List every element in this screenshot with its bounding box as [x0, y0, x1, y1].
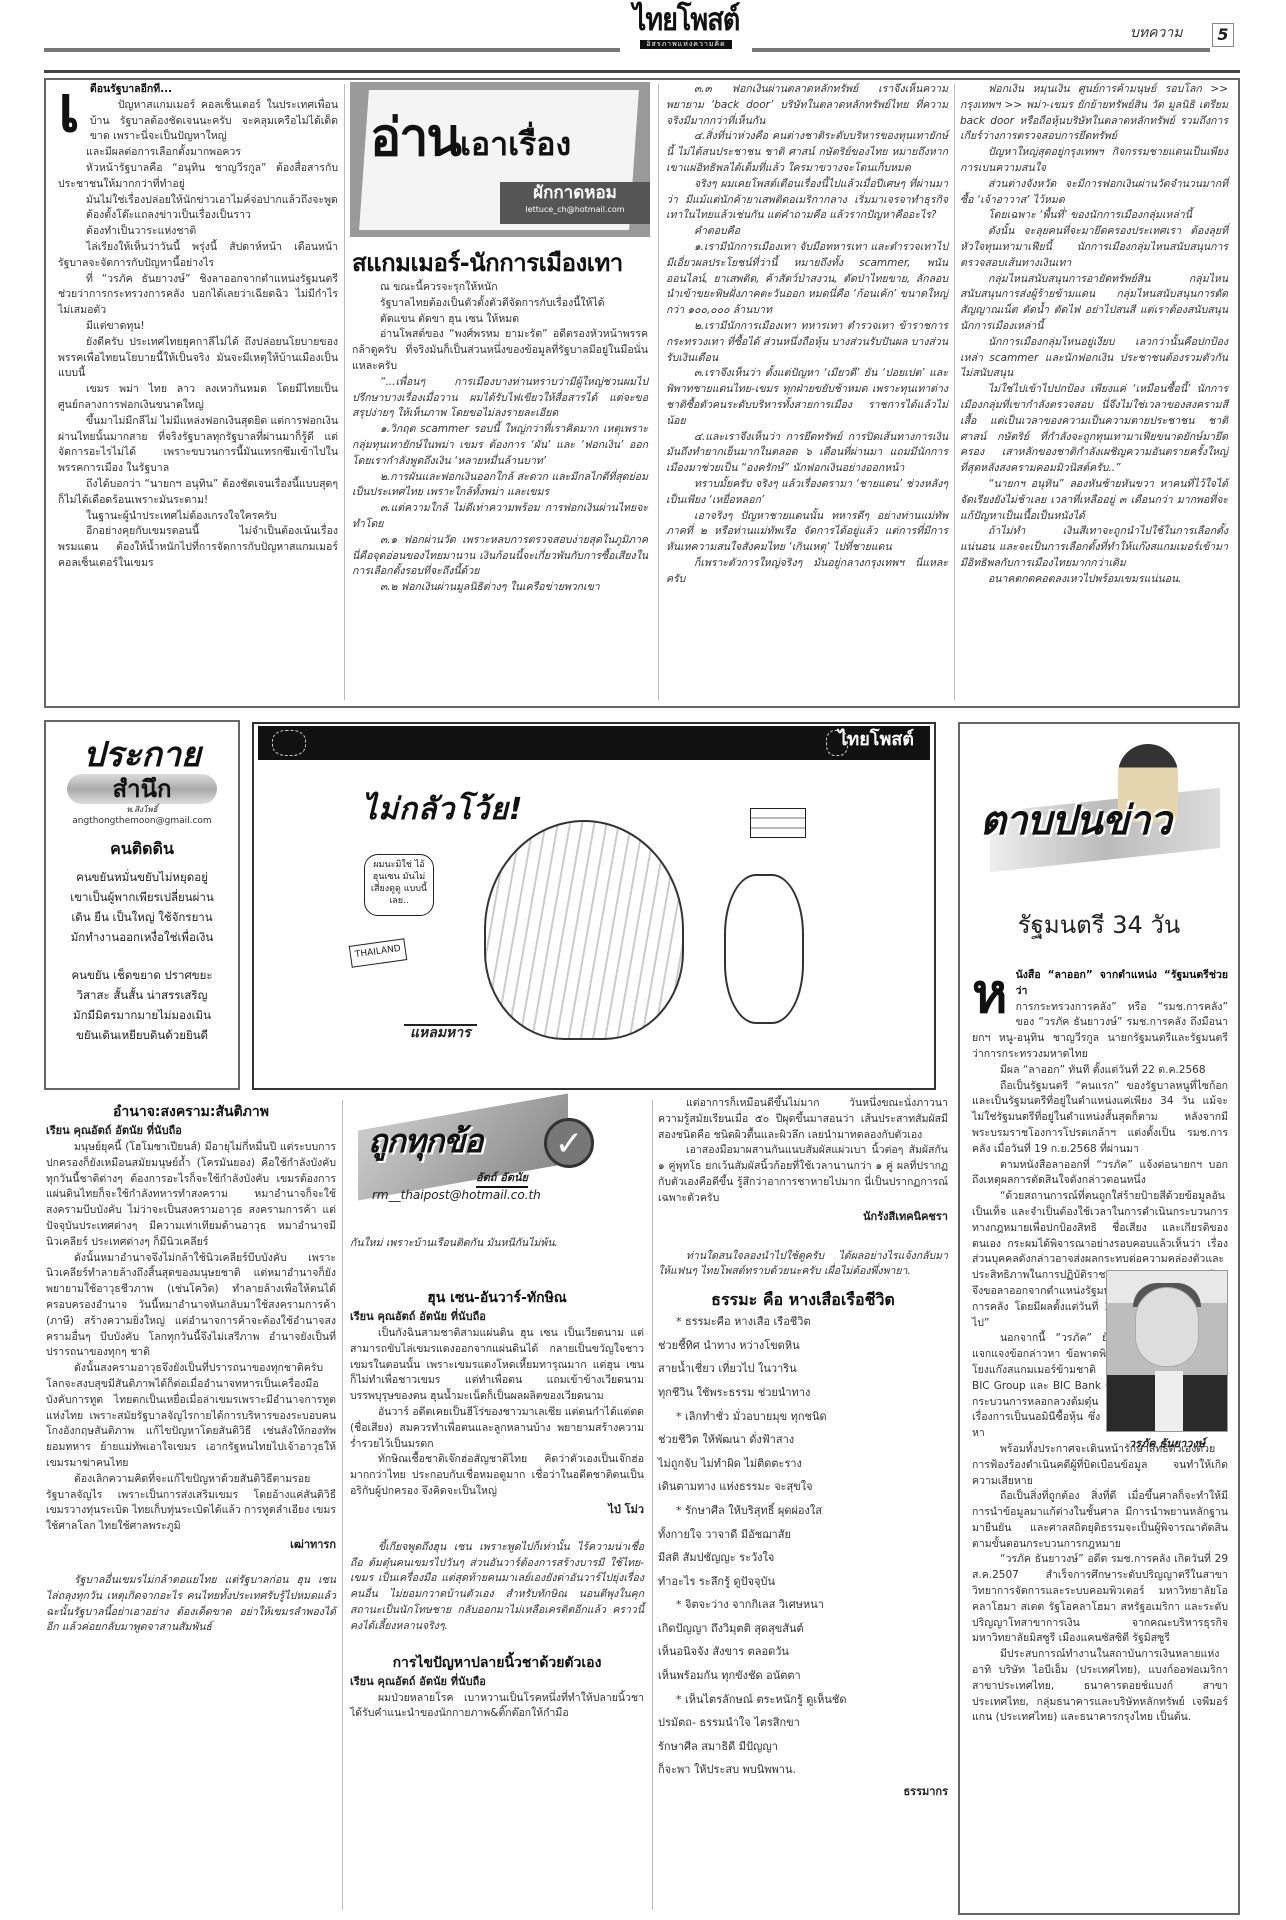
paragraph: จริงๆ ผมเคยโพสต์เตือนเรื่องนี้ไปแล้วเมื่…	[666, 177, 948, 224]
tanpon-lead: นังสือ “ลาออก” จากตำแหน่ง “รัฐมนตรีช่วยว…	[972, 968, 1228, 1000]
column-banner: อ่านเอาเรื่อง ผักกาดหอม lettuce_ch@hotma…	[350, 82, 650, 237]
poem-line: เห็นพร้อมกัน ทุกขังชัด อนัตตา	[658, 1664, 948, 1688]
header-rule-right	[752, 48, 1210, 52]
paragraph: ๔.และเราจึงเห็นว่า การยึดทรัพย์ การปิดเส…	[666, 430, 948, 477]
letter-column-2: ฮุน เซน-อันวาร์-ทักษิณ เรียน คุณอัตถ์ อั…	[350, 1288, 644, 1722]
column-divider	[954, 84, 955, 700]
cambodia-flag-icon	[750, 808, 806, 838]
paragraph: ที่ “วรภัค ธันยาวงษ์” ชิงลาออกจากตำแหน่ง…	[58, 272, 338, 319]
tanpon-logo: ตาบปนข่าว	[980, 814, 1171, 830]
letters-logo-word: ถูกทุกข้อ	[368, 1134, 482, 1150]
paragraph: หัวหน้ารัฐบาลคือ “อนุทิน ชาญวีรกูล” ต้อง…	[58, 161, 338, 193]
paragraph: ๒.เรามีนักการเมืองเทา ทหารเทา ตำรวจเทา ข…	[666, 319, 948, 366]
header-rule-bottom	[44, 70, 1240, 73]
paragraph: ยังดีครับ ประเทศไทยยุคกาลีไม่ได้ ถึงปล่อ…	[58, 335, 338, 382]
speech-bubble: ผมนะมิใช่ ไอ้ฮุนเซน มันไม่เสี่ยงดูดู แบบ…	[364, 854, 434, 916]
paragraph: ต้องเลิกความคิดที่จะแก้ไขปัญหาด้วยสันติว…	[46, 1472, 336, 1535]
checkmark-icon: ✓	[544, 1118, 594, 1168]
paragraph: ผมป่วยหลายโรค เบาหวานเป็นโรคหนึ่งที่ทำให…	[350, 1691, 644, 1723]
paragraph: ๑.วิกฤต scammer รอบนี้ ใหญ่กว่าที่เราคิด…	[352, 422, 648, 469]
editorial-cartoon: ไทยโพสต์ ไม่กลัวโว้ย! ผมนะมิใช่ ไอ้ฮุนเซ…	[252, 722, 936, 1090]
paragraph: ๓.๒ ฟอกเงินผ่านมูลนิธิต่างๆ ในเครือข่ายพ…	[352, 580, 648, 596]
paragraph: ๒.การผันและฟอกเงินออกใกล้ สะดวก และมีกลไ…	[352, 470, 648, 502]
masthead-title: ไทยโพสต์	[620, 4, 752, 39]
page-number: 5	[1212, 23, 1234, 47]
letters-logo-sub: อัตถ์ อัตนัย	[476, 1170, 528, 1188]
poem-line: * เห็นไตรลักษณ์ ตระหนักรู้ ดูเห็นชัด	[658, 1688, 948, 1712]
cartoon-header-bar: ไทยโพสต์	[258, 726, 930, 760]
dropcap: เ	[58, 84, 80, 136]
cartoon-title: ไม่กลัวโว้ย!	[362, 802, 523, 818]
author-tag: ผักกาดหอม lettuce_ch@hotmail.com	[500, 182, 650, 224]
paragraph: มันไม่ใช่เรื่องปล่อยให้นักข่าวเอาไมค์จ่อ…	[58, 193, 338, 209]
paragraph: ๓.แต่ความใกล้ ไม่ดีเท่าความพร้อม การฟอกเ…	[352, 501, 648, 533]
poem-line: เกิดปัญญา ถึงวิมุตติ สุดสุขสันต์	[658, 1617, 948, 1641]
paragraph: ๓.๓ ฟอกเงินผ่านตลาดหลักทรัพย์ เราจึงเห็น…	[666, 82, 948, 129]
paragraph: อนาคตกดคอตลงเหวไปพร้อมเขมรแน่นอน.	[960, 572, 1228, 588]
paragraph: และมีผลต่อการเลือกตั้งมากพอควร	[58, 145, 338, 161]
author-email: lettuce_ch@hotmail.com	[500, 204, 650, 216]
section-label: บทความ	[1130, 26, 1182, 42]
banner-title: อ่านเอาเรื่อง	[370, 110, 571, 172]
letter-signoff: ธรรมากร	[658, 1782, 948, 1802]
poem-line: ช่วยชีวิต ให้พัฒนา ดั่งฟ้าสาง	[658, 1428, 948, 1452]
dropcap: ห	[972, 970, 1008, 1018]
paragraph: มนุษย์ยุคนี้ (โฮโมซาเปียนส์) มีอายุไม่กี…	[46, 1140, 336, 1251]
letter-salutation: เรียน คุณอัตถ์ อัตนัย ที่นับถือ	[46, 1122, 336, 1140]
paragraph: “นายกฯ อนุทิน” ลองหันซ้ายหันขวา หาคนที่ไ…	[960, 477, 1228, 524]
paragraph: ไม่ใช่ไปเข้าไปปกป้อง เพียงแค่ ‘เหมือนซื้…	[960, 382, 1228, 477]
paragraph: ตัดแขน ตัดขา ฮุน เซน ให้หมด	[352, 312, 648, 328]
paragraph: ทราบมั้ยครับ จริงๆ แล้วเรื่องดรามา ‘ชายแ…	[666, 477, 948, 509]
letter-column-1: อำนาจ:สงคราม:สันติภาพ เรียน คุณอัตถ์ อัต…	[46, 1102, 336, 1636]
paragraph: เอาจริงๆ ปัญหาชายแดนนั้น ทหารดีๆ อย่างท่…	[666, 509, 948, 556]
paragraph: ถือเป็นรัฐมนตรี “คนแรก” ของรัฐบาลหนูที่ไ…	[972, 1079, 1228, 1158]
paragraph: ถือเป็นสิ่งที่ถูกต้อง สิ่งที่ดี เมื่อขึ้…	[972, 1489, 1228, 1552]
poem-line: วิสาสะ สั้นสั้น น่าสรรเสริญ	[46, 985, 238, 1005]
letter-salutation: เรียน คุณอัตถ์ อัตนัย ที่นับถือ	[350, 1308, 644, 1326]
poem-line: คนขยันหมั่นขยับไม่หยุดอยู่	[46, 867, 238, 887]
poem-line: มีสติ สัมปชัญญะ ระวังใจ	[658, 1546, 948, 1570]
column-divider	[342, 1100, 343, 1910]
poem-line: มักทำงานออกเหงื่อใช่เพื่อเงิน	[46, 927, 238, 947]
mascot-icon	[272, 730, 306, 756]
letters-logo: ถูกทุกข้อ ✓ อัตถ์ อัตนัย rm__thaipost@ho…	[348, 1098, 648, 1228]
paragraph: ปัญหาใหญ่สุดอยู่กรุงเทพฯ กิจกรรมชายแดนเป…	[960, 145, 1228, 177]
paragraph: ในฐานะผู้นำประเทศไม่ต้องเกรงใจใครครับ	[58, 509, 338, 525]
poem-line: ไม่ถูกจับ ไม่ทำผิด ไม่ติดตะราง	[658, 1452, 948, 1476]
letter-signoff: เฒ่าทารก	[46, 1535, 336, 1555]
poem-line: รักษาศีล สมาธิดี มีปัญญา	[658, 1735, 948, 1759]
column-divider	[652, 1100, 653, 1910]
article-lead: ตือนรัฐบาลอีกที...	[58, 82, 338, 98]
paragraph: เป็นกังฉินสามชาติสามแผ่นดิน ฮุน เซน เป็น…	[350, 1326, 644, 1405]
letter-column-3: แต่อาการก็เหมือนดีขึ้นไม่มาก วันหนึ่งขณะ…	[658, 1096, 948, 1802]
paragraph: ดังนั้น จะลุยคนที่จะมายึดครองประเทศเรา ต…	[960, 224, 1228, 271]
paragraph: มีประสบการณ์ทำงานในสถาบันการเงินหลายแห่ง…	[972, 1647, 1228, 1726]
poem-line: ก็จะพา ให้ประสบ พบนิพพาน.	[658, 1758, 948, 1782]
cartoon-banner: แหลมหาร	[404, 1024, 477, 1042]
letter-title: การไขปัญหาปลายนิ้วชาด้วยตัวเอง	[350, 1653, 644, 1673]
poem-line: * ธรรมะคือ หางเสือ เรือชีวิต	[658, 1310, 948, 1334]
poem-line: * เลิกทำชั่ว มั่วอบายมุข ทุกชนิด	[658, 1405, 948, 1429]
editor-reply: รัฐบาลอื่นเขมรไม่กล้าตอแยไทย แต่รัฐบาลก่…	[46, 1573, 336, 1636]
poem-line: เดินตามทาง แห่งธรรมะ จะสุขใจ	[658, 1475, 948, 1499]
poem-line: ทำอะไร ระลึกรู้ ดูปัจจุบัน	[658, 1570, 948, 1594]
poem-email: angthongthemoon@gmail.com	[46, 815, 238, 827]
masthead-logo: ไทยโพสต์ อิสรภาพแห่งความคิด	[620, 6, 752, 52]
editor-reply: ท่านใดสนใจลองนำไปใช้ดูครับ ได้ผลอย่างไรแ…	[658, 1249, 948, 1281]
cartoon-figure-small	[724, 874, 804, 1024]
column-divider	[344, 84, 345, 700]
paragraph: คำตอบคือ	[666, 224, 948, 240]
paragraph: ๓.เราจึงเห็นว่า ตั้งแต่ปัญหา ‘เมียวดี’ ย…	[666, 366, 948, 429]
paragraph: ปัญหาสแกมเมอร์ คอลเซ็นเตอร์ ในประเทศเพื่…	[58, 98, 338, 145]
poem-stanza: คนขยัน เช็ดขยาด ปราศขยะวิสาสะ สั้นสั้น น…	[46, 965, 238, 1045]
poem-line: ทั้งกายใจ วาจาดี มีอัชฌาสัย	[658, 1523, 948, 1547]
poem-author: พ.สิงโพธิ์	[46, 804, 238, 815]
letter-title: อำนาจ:สงคราม:สันติภาพ	[46, 1102, 336, 1122]
paragraph: ตามหนังสือลาออกที่ “วรภัค” แจ้งต่อนายกฯ …	[972, 1158, 1228, 1190]
paragraph: ถ้าไม่ทำ เงินสีเทาจะถูกนำไปใช้ในการเลือก…	[960, 524, 1228, 571]
article-headline: สแกมเมอร์-นักการเมืองเทา	[352, 248, 652, 278]
editor-reply: ขี้เกียจพูดถึงฮุน เซน เพราะพูดไปก็เท่านั…	[350, 1540, 644, 1635]
paragraph: ต้องทำเป็นวาระแห่งชาติ	[58, 224, 338, 240]
dharma-poem: * ธรรมะคือ หางเสือ เรือชีวิตช่วยชี้ทิศ น…	[658, 1310, 948, 1782]
paragraph: ดังนั้นสงครามอาวุธจึงยังเป็นที่ปรารถนาขอ…	[46, 1361, 336, 1472]
paragraph: ๔.สิ่งที่น่าห่วงคือ คนต่างชาติระดับบริหา…	[666, 129, 948, 176]
portrait-photo	[1106, 1270, 1228, 1432]
paragraph: แต่อาการก็เหมือนดีขึ้นไม่มาก วันหนึ่งขณะ…	[658, 1096, 948, 1143]
paragraph: มีผล “ลาออก” ทันที ตั้งแต่วันที่ 22 ต.ค.…	[972, 1063, 1228, 1079]
poem-line: เห็นอนิจจัง สังขาร ตลอดวัน	[658, 1640, 948, 1664]
paragraph: มีแต่ขาดทุน!	[58, 319, 338, 335]
paragraph: ไล่เรียงให้เห็นว่าวันนี้ พรุ่งนี้ สัปดาห…	[58, 240, 338, 272]
poem-line: มักมีมิตรมากมายไม่มองเมิน	[46, 1005, 238, 1025]
column-divider	[658, 84, 659, 700]
paragraph: เขมร พม่า ไทย ลาว ลงเหวกันหมด โดยมีไทยเป…	[58, 382, 338, 414]
poem-line: ปรมัตถ- ธรรมนำใจ ไตรสิกขา	[658, 1711, 948, 1735]
cartoon-brand: ไทยโพสต์	[838, 732, 914, 748]
paragraph: ก็เพราะตัวการใหญ่จริงๆ มันอยู่กลางกรุงเท…	[666, 556, 948, 588]
poem-line: เขาเป็นผู้พากเพียรเปลี่ยนผ่าน	[46, 887, 238, 907]
paragraph: อีกอย่างคุยกับเขมรตอนนี้ ไม่จำเป็นต้องเน…	[58, 524, 338, 571]
letters-email: rm__thaipost@hotmail.co.th	[372, 1188, 541, 1204]
letter-salutation: เรียน คุณอัตถ์ อัตนัย ที่นับถือ	[350, 1673, 644, 1691]
poem-title: คนติดดิน	[46, 837, 238, 861]
article-column-3: ๓.๓ ฟอกเงินผ่านตลาดหลักทรัพย์ เราจึงเห็น…	[666, 82, 948, 588]
poem-line: คนขยัน เช็ดขยาด ปราศขยะ	[46, 965, 238, 985]
letter-signoff: นักรังสีเทคนิคชรา	[658, 1207, 948, 1227]
paragraph: ณ ขณะนี้ควรจะรุกให้หนัก	[352, 280, 648, 296]
paragraph: ๑.เรามีนักการเมืองเทา จับมือทหารเทา และต…	[666, 240, 948, 319]
article-column-2: ณ ขณะนี้ควรจะรุกให้หนักรัฐบาลไทยต้องเป็น…	[352, 280, 648, 596]
paragraph: ฟอกเงิน หมุนเงิน ศูนย์การค้ามนุษย์ รอบโล…	[960, 82, 1228, 145]
poem-box: ประกาย สำนึก พ.สิงโพธิ์ angthongthemoon@…	[44, 720, 240, 1090]
paragraph: โดยเฉพาะ ‘พื้นที่’ ของนักการเมืองกลุ่มเห…	[960, 208, 1228, 224]
poem-logo: ประกาย	[46, 736, 238, 774]
article-column-1: เ ตือนรัฐบาลอีกที... ปัญหาสแกมเมอร์ คอลเ…	[58, 82, 338, 572]
poem-line: ช่วยชี้ทิศ นำทาง หว่างโขดหิน	[658, 1334, 948, 1358]
author-name: ผักกาดหอม	[500, 182, 650, 204]
paragraph: อันวาร์ อดีตเคยเป็นฮีโร่ของชาวมาเลเซีย แ…	[350, 1405, 644, 1452]
paragraph: ทักษิณเชื้อชาติเจ๊กฮ่อสัญชาติไทย คิดว่าต…	[350, 1452, 644, 1499]
article-column-4: ฟอกเงิน หมุนเงิน ศูนย์การค้ามนุษย์ รอบโล…	[960, 82, 1228, 588]
thailand-sign: THAILAND	[349, 938, 408, 967]
poem-line: เดิน ยืน เป็นใหญ่ ใช้จักรยาน	[46, 907, 238, 927]
photo-caption: วรภัค ธันยาวงษ์	[1106, 1436, 1228, 1452]
paragraph: ๓.๑ ฟอกผ่านวัด เพราะหลบการตรวจสอบง่ายสุด…	[352, 533, 648, 580]
cartoon-figure-large	[484, 820, 684, 1040]
poem-line: * จิตจะว่าง จากกิเลส วิเศษหนา	[658, 1593, 948, 1617]
paragraph: กลุ่มไหนสนับสนุนการอายัดทรัพย์สิน กลุ่มไ…	[960, 272, 1228, 335]
paragraph: เอาสองมือมาผสานกันแนบสัมผัสแผ่วเบา นิ้วต…	[658, 1143, 948, 1206]
paragraph: ดังนั้นหมาอำนาจจึงไม่กล้าใช้นิวเคลียร์บี…	[46, 1251, 336, 1362]
tanpon-headline: รัฐมนตรี 34 วัน	[960, 910, 1238, 940]
poem-stanza: คนขยันหมั่นขยับไม่หยุดอยู่เขาเป็นผู้พากเ…	[46, 867, 238, 947]
paragraph: “วรภัค ธันยาวงษ์” อดีต รมช.การคลัง เกิดว…	[972, 1552, 1228, 1647]
paragraph: ถึงได้บอกว่า “นายกฯ อนุทิน” ต้องชัดเจนเร…	[58, 477, 338, 509]
article-col1-body: ปัญหาสแกมเมอร์ คอลเซ็นเตอร์ ในประเทศเพื่…	[58, 98, 338, 572]
paragraph: ต้องตั้งโต๊ะแถลงข่าวเป็นเรื่องเป็นราว	[58, 208, 338, 224]
letter-title: ฮุน เซน-อันวาร์-ทักษิณ	[350, 1288, 644, 1308]
paragraph: รัฐบาลไทยต้องเป็นตัวตั้งตัวตีจัดการกับเร…	[352, 296, 648, 312]
poem-line: สายน้ำเชี่ยว เที่ยวไป ในวาริน	[658, 1357, 948, 1381]
header-rule-left	[44, 48, 620, 52]
paragraph: อ่านโพสต์ของ “พงศ์พรหม ยามะรัต” อดีตรองห…	[352, 327, 648, 374]
paragraph: นักการเมืองกลุ่มไหนอยู่เงียบ เลวกว่านั้น…	[960, 335, 1228, 382]
masthead-subtitle: อิสรภาพแห่งความคิด	[640, 40, 731, 49]
poem-line: ขยันเดินเหยียบดินด้วยยินดี	[46, 1025, 238, 1045]
paragraph: ส่วนต่างจังหวัด จะมีการฟอกเงินผ่านวัดจำน…	[960, 177, 1228, 209]
letter-title: ธรรมะ คือ หางเสือเรือชีวิต	[658, 1290, 948, 1310]
poem-logo-scroll: สำนึก	[67, 774, 217, 804]
paragraph: ขึ้นมาไม่มีกลีไม่ ไม่มีแหล่งฟอกเงินสุดยิ…	[58, 414, 338, 477]
letter-signoff: ไป่ โม่ว	[350, 1500, 644, 1520]
editor-reply: กันใหม่ เพราะบ้านเรือนติดกัน มันหนีกันไม…	[350, 1236, 644, 1252]
tanpon-logo-graphic: ตาบปนข่าว	[980, 740, 1220, 880]
poem-line: * รักษาศีล ให้บริสุทธิ์ ผุดผ่องใส	[658, 1499, 948, 1523]
poem-line: ทุกชีวิน ใช้พระธรรม ช่วยนำทาง	[658, 1381, 948, 1405]
paragraph: “...เพื่อนๆ การเมืองบางท่านทราบว่ามีผู้ใ…	[352, 375, 648, 422]
